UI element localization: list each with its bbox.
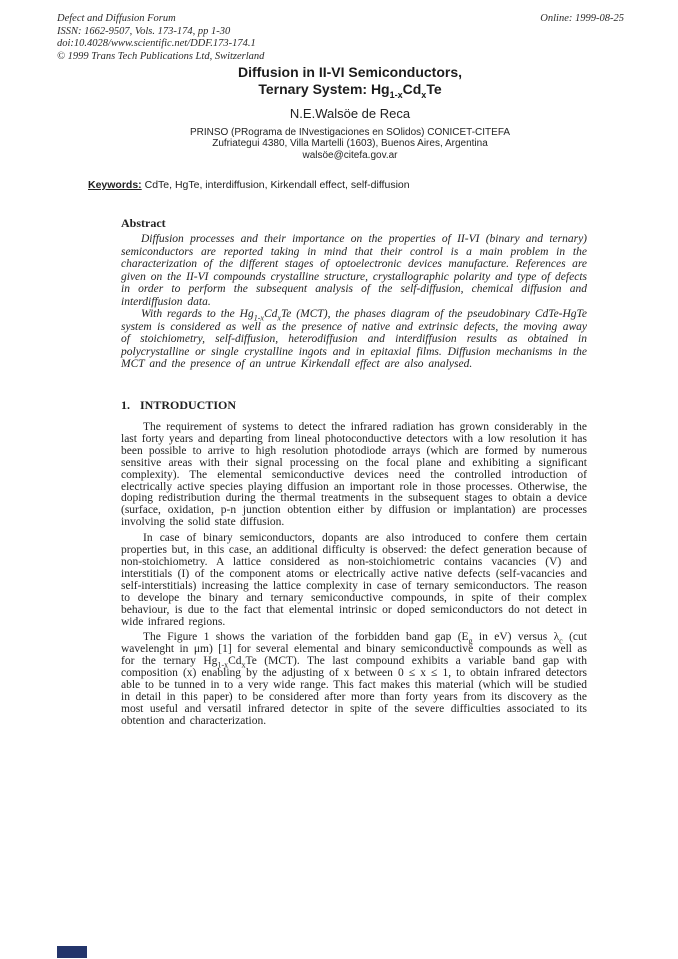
- section-number: 1.: [121, 398, 130, 412]
- section-1-heading: 1.INTRODUCTION: [121, 398, 587, 413]
- affiliation-institution: PRINSO (PRograma de INvestigaciones en S…: [100, 127, 600, 138]
- journal-copyright-line: © 1999 Trans Tech Publications Ltd, Swit…: [57, 51, 264, 64]
- section-title: INTRODUCTION: [140, 398, 236, 412]
- footer-link-mark: [57, 946, 87, 958]
- intro-text-run: in eV) versus λ: [473, 631, 560, 643]
- abstract-paragraph-2: With regards to the Hg1-xCdxTe (MCT), th…: [121, 308, 587, 371]
- online-date: Online: 1999-08-25: [540, 13, 624, 26]
- title-text-run: Cd: [403, 81, 422, 97]
- abstract-text-run: Cd: [264, 308, 277, 320]
- paper-title-line2: Ternary System: Hg1-xCdxTe: [100, 81, 600, 98]
- keywords-text: CdTe, HgTe, interdiffusion, Kirkendall e…: [142, 179, 410, 191]
- abstract-section: Abstract Diffusion processes and their i…: [121, 216, 587, 371]
- affiliation-address: Zufriategui 4380, Villa Martelli (1603),…: [100, 138, 600, 149]
- introduction-body: The requirement of systems to detect the…: [121, 422, 587, 728]
- journal-title: Defect and Diffusion Forum: [57, 13, 264, 26]
- title-text-run: Te: [426, 81, 441, 97]
- keywords-line: Keywords: CdTe, HgTe, interdiffusion, Ki…: [88, 179, 618, 191]
- title-subscript: 1-x: [390, 90, 403, 100]
- journal-doi-line: doi:10.4028/www.scientific.net/DDF.173-1…: [57, 38, 264, 51]
- intro-paragraph-1: The requirement of systems to detect the…: [121, 422, 587, 529]
- paper-page: Defect and Diffusion Forum ISSN: 1662-95…: [0, 0, 678, 959]
- journal-info-block: Defect and Diffusion Forum ISSN: 1662-95…: [57, 13, 264, 63]
- journal-header: Defect and Diffusion Forum ISSN: 1662-95…: [57, 13, 624, 63]
- paper-title-line1: Diffusion in II-VI Semiconductors,: [100, 64, 600, 81]
- author-name: N.E.Walsöe de Reca: [100, 106, 600, 121]
- intro-paragraph-3: The Figure 1 shows the variation of the …: [121, 632, 587, 727]
- paper-title: Diffusion in II-VI Semiconductors, Terna…: [100, 64, 600, 98]
- abstract-heading: Abstract: [121, 216, 587, 231]
- keywords-label: Keywords:: [88, 179, 142, 191]
- abstract-paragraph-1: Diffusion processes and their importance…: [121, 233, 587, 308]
- intro-text-run: The Figure 1 shows the variation of the …: [143, 631, 469, 643]
- intro-paragraph-2: In case of binary semiconductors, dopant…: [121, 533, 587, 628]
- title-text-run: Ternary System: Hg: [258, 81, 389, 97]
- author-email: walsöe@citefa.gov.ar: [100, 150, 600, 161]
- abstract-text-run: With regards to the Hg: [141, 308, 254, 320]
- affiliation-block: PRINSO (PRograma de INvestigaciones en S…: [100, 127, 600, 161]
- intro-text-run: Cd: [228, 655, 241, 667]
- journal-issn-line: ISSN: 1662-9507, Vols. 173-174, pp 1-30: [57, 26, 264, 39]
